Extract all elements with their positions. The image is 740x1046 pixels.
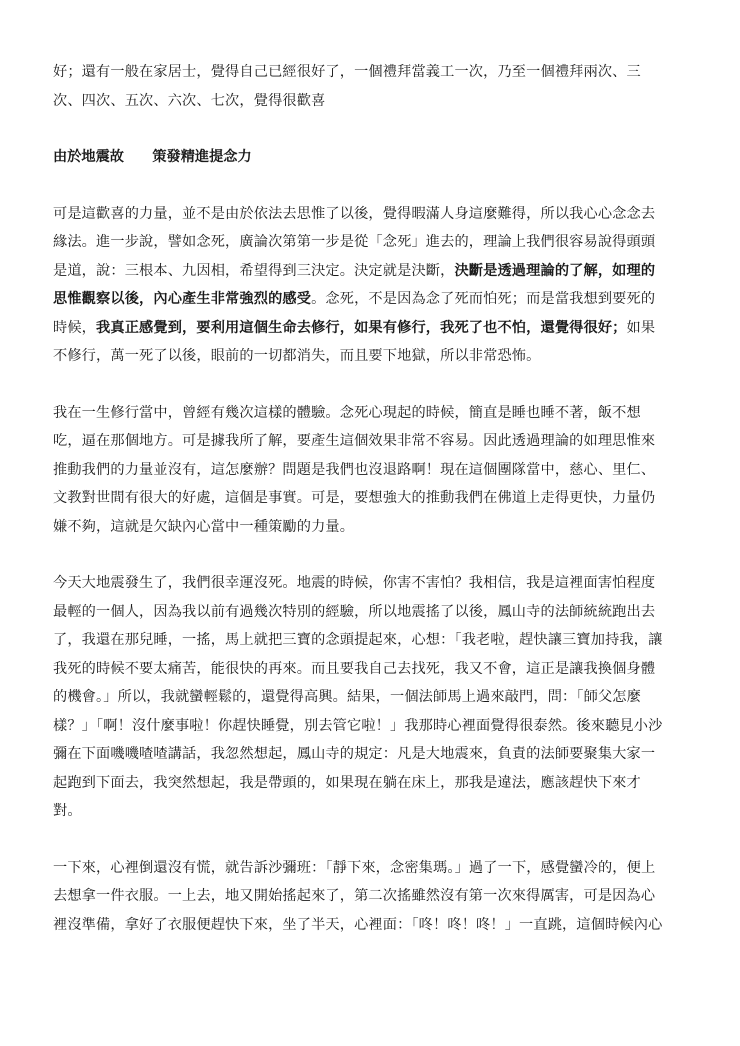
bold-text-run: 思惟觀察以後，內心產生非常強烈的感受 [53,291,311,307]
text-line: 起跑到下面去，我突然想起，我是帶頭的，如果現在躺在床上，那我是違法，應該趕快下來… [53,769,693,798]
text-line: 吃，逼在那個地方。可是據我所了解，要產生這個效果非常不容易。因此透過理論的如理思… [53,427,693,456]
text-line: 文教對世間有很大的好處，這個是事實。可是，要想強大的推動我們在佛道上走得更快，力… [53,484,693,513]
text-line: 我死的時候不要太痛苦，能很快的再來。而且要我自己去找死，我又不會，這正是讓我換個… [53,655,693,684]
text-run: 是道，說：三根本、九因相，希望得到三決定。決定就是決斷， [53,263,454,279]
text-line: 緣法。進一步說，譬如念死，廣論次第第一步是從「念死」進去的，理論上我們很容易說得… [53,228,693,257]
text-line: 時候，我真正感覺到，要利用這個生命去修行，如果有修行，我死了也不怕，還覺得很好；… [53,314,693,343]
text-run: 。念死，不是因為念了死而怕死；而是當我想到要死的 [311,291,655,307]
paragraph-4: 一下來，心裡倒還沒有慌，就告訴沙彌班：「靜下來，念密集瑪。」過了一下，感覺蠻冷的… [53,854,693,940]
text-line: 去想拿一件衣服。一上去，地又開始搖起來了，第二次搖雖然沒有第一次來得厲害，可是因… [53,882,693,911]
text-line: 推動我們的力量並沒有，這怎麼辦？問題是我們也沒退路啊！現在這個團隊當中，慈心、里… [53,456,693,485]
text-line: 樣？」「啊！沒什麼事啦！你趕快睡覺，別去管它啦！」我那時心裡面覺得很泰然。後來聽… [53,712,693,741]
text-line: 嫌不夠，這就是欠缺內心當中一種策勵的力量。 [53,513,693,542]
paragraph-1: 可是這歡喜的力量，並不是由於依法去思惟了以後，覺得暇滿人身這麼難得，所以我心心念… [53,200,693,371]
text-line: 一下來，心裡倒還沒有慌，就告訴沙彌班：「靜下來，念密集瑪。」過了一下，感覺蠻冷的… [53,854,693,883]
text-line: 了，我還在那兒睡，一搖，馬上就把三寶的念頭提起來，心想：「我老啦，趕快讓三寶加持… [53,626,693,655]
paragraph-2: 我在一生修行當中，曾經有幾次這樣的體驗。念死心現起的時候，簡直是睡也睡不著，飯不… [53,399,693,542]
paragraph-3: 今天大地震發生了，我們很幸運沒死。地震的時候，你害不害怕？我相信，我是這裡面害怕… [53,569,693,826]
document-page: 好；還有一般在家居士，覺得自己已經很好了，一個禮拜當義工一次，乃至一個禮拜兩次、… [53,58,693,939]
text-line: 不修行，萬一死了以後，眼前的一切都消失，而且要下地獄，所以非常恐怖。 [53,342,693,371]
text-run: 時候， [53,320,96,336]
text-line: 好；還有一般在家居士，覺得自己已經很好了，一個禮拜當義工一次，乃至一個禮拜兩次、… [53,58,693,87]
text-line: 是道，說：三根本、九因相，希望得到三決定。決定就是決斷，決斷是透過理論的了解，如… [53,257,693,286]
text-run: 如果 [627,320,656,336]
text-line: 我在一生修行當中，曾經有幾次這樣的體驗。念死心現起的時候，簡直是睡也睡不著，飯不… [53,399,693,428]
text-line: 對。 [53,797,693,826]
text-line: 最輕的一個人，因為我以前有過幾次特別的經驗，所以地震搖了以後，鳳山寺的法師統統跑… [53,598,693,627]
text-line: 彌在下面嘰嘰喳喳講話，我忽然想起，鳳山寺的規定：凡是大地震來，負責的法師要聚集大… [53,740,693,769]
bold-text-run: 決斷是透過理論的了解，如理的 [454,263,655,279]
text-line: 可是這歡喜的力量，並不是由於依法去思惟了以後，覺得暇滿人身這麼難得，所以我心心念… [53,200,693,229]
text-line: 的機會。」所以，我就蠻輕鬆的，還覺得高興。結果，一個法師馬上過來敲門，問：「師父… [53,683,693,712]
section-heading: 由於地震故 策發精進提念力 [53,143,693,172]
text-line: 思惟觀察以後，內心產生非常強烈的感受。念死，不是因為念了死而怕死；而是當我想到要… [53,285,693,314]
text-line: 次、四次、五次、六次、七次，覺得很歡喜 [53,87,693,116]
bold-text-run: 我真正感覺到，要利用這個生命去修行，如果有修行，我死了也不怕，還覺得很好； [96,320,627,336]
text-line: 今天大地震發生了，我們很幸運沒死。地震的時候，你害不害怕？我相信，我是這裡面害怕… [53,569,693,598]
text-line: 裡沒準備，拿好了衣服便趕快下來，坐了半天，心裡面：「咚！咚！咚！」一直跳，這個時… [53,911,693,940]
intro-paragraph: 好；還有一般在家居士，覺得自己已經很好了，一個禮拜當義工一次，乃至一個禮拜兩次、… [53,58,693,115]
